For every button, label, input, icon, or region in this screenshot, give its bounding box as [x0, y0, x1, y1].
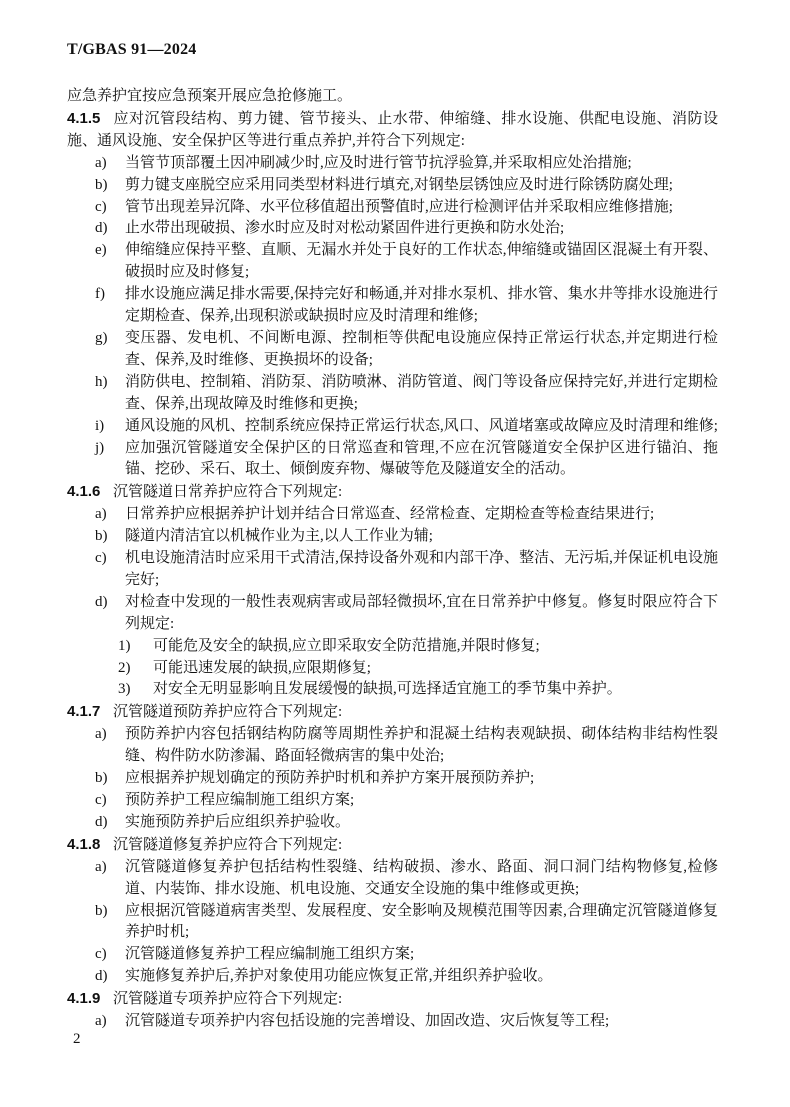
- clause: 4.1.5应对沉管段结构、剪力键、管节接头、止水带、伸缩缝、排水设施、供配电设施…: [67, 108, 718, 153]
- list-item-text: 止水带出现破损、渗水时应及时对松动紧固件进行更换和防水处治;: [125, 220, 564, 236]
- list-item: e)伸缩缝应保持平整、直顺、无漏水并处于良好的工作状态,伸缩缝或锚固区混凝土有开…: [67, 240, 718, 284]
- list-item-label: c): [95, 548, 107, 570]
- doc-code: T/GBAS 91—2024: [67, 41, 197, 59]
- list-item-text: 应根据养护规划确定的预防养护时机和养护方案开展预防养护;: [125, 770, 534, 786]
- list-item-text: 实施预防养护后应组织养护验收。: [125, 814, 350, 830]
- list-item: b)应根据沉管隧道病害类型、发展程度、安全影响及规模范围等因素,合理确定沉管隧道…: [67, 901, 718, 945]
- paragraph: 应急养护宜按应急预案开展应急抢修施工。: [67, 86, 718, 108]
- document-page: T/GBAS 91—2024 应急养护宜按应急预案开展应急抢修施工。4.1.5应…: [0, 0, 790, 1107]
- list-item-label: f): [95, 284, 105, 306]
- list-item-label: g): [95, 328, 108, 350]
- list-item-label: b): [95, 768, 108, 790]
- clause: 4.1.8沉管隧道修复养护应符合下列规定:: [67, 834, 718, 857]
- list-item: b)剪力键支座脱空应采用同类型材料进行填充,对钢垫层锈蚀应及时进行除锈防腐处理;: [67, 175, 718, 197]
- sub-list-item: 3)对安全无明显影响且发展缓慢的缺损,可选择适宜施工的季节集中养护。: [67, 679, 718, 701]
- list-item: a)日常养护应根据养护计划并结合日常巡查、经常检查、定期检查等检查结果进行;: [67, 504, 718, 526]
- list-item: a)预防养护内容包括钢结构防腐等周期性养护和混凝土结构表观缺损、砌体结构非结构性…: [67, 724, 718, 768]
- list-item: d)实施修复养护后,养护对象使用功能应恢复正常,并组织养护验收。: [67, 966, 718, 988]
- clause-number: 4.1.8: [67, 834, 113, 856]
- clause-text: 应对沉管段结构、剪力键、管节接头、止水带、伸缩缝、排水设施、供配电设施、消防设施…: [67, 111, 718, 149]
- list-item: i)通风设施的风机、控制系统应保持正常运行状态,风口、风道堵塞或故障应及时清理和…: [67, 416, 718, 438]
- list-item-text: 可能危及安全的缺损,应立即采取安全防范措施,并限时修复;: [153, 638, 540, 654]
- paragraph-text: 应急养护宜按应急预案开展应急抢修施工。: [67, 88, 352, 104]
- list-item: c)沉管隧道修复养护工程应编制施工组织方案;: [67, 944, 718, 966]
- list-item-text: 机电设施清洁时应采用干式清洁,保持设备外观和内部干净、整洁、无污垢,并保证机电设…: [125, 550, 718, 588]
- list-item-label: c): [95, 197, 107, 219]
- list-item: b)应根据养护规划确定的预防养护时机和养护方案开展预防养护;: [67, 768, 718, 790]
- clause-number: 4.1.9: [67, 988, 113, 1010]
- sub-list-item: 1)可能危及安全的缺损,应立即采取安全防范措施,并限时修复;: [67, 636, 718, 658]
- list-item-label: d): [95, 812, 108, 834]
- list-item: j)应加强沉管隧道安全保护区的日常巡查和管理,不应在沉管隧道安全保护区进行锚泊、…: [67, 438, 718, 482]
- list-item-label: a): [95, 1011, 107, 1033]
- list-item-label: a): [95, 857, 107, 879]
- list-item-label: e): [95, 240, 107, 262]
- list-item-label: h): [95, 372, 108, 394]
- clause-text: 沉管隧道专项养护应符合下列规定:: [113, 991, 342, 1007]
- list-item: h)消防供电、控制箱、消防泵、消防喷淋、消防管道、阀门等设备应保持完好,并进行定…: [67, 372, 718, 416]
- list-item-label: 1): [118, 636, 131, 658]
- list-item: f)排水设施应满足排水需要,保持完好和畅通,并对排水泵机、排水管、集水井等排水设…: [67, 284, 718, 328]
- list-item-label: b): [95, 901, 108, 923]
- list-item-label: d): [95, 218, 108, 240]
- list-item-label: a): [95, 153, 107, 175]
- list-item-label: b): [95, 526, 108, 548]
- clause-text: 沉管隧道日常养护应符合下列规定:: [113, 484, 342, 500]
- list-item: c)管节出现差异沉降、水平位移值超出预警值时,应进行检测评估并采取相应维修措施;: [67, 197, 718, 219]
- list-item-text: 排水设施应满足排水需要,保持完好和畅通,并对排水泵机、排水管、集水井等排水设施进…: [125, 286, 718, 324]
- list-item-text: 可能迅速发展的缺损,应限期修复;: [153, 660, 371, 676]
- clause-number: 4.1.5: [67, 108, 113, 130]
- clause-text: 沉管隧道修复养护应符合下列规定:: [113, 837, 342, 853]
- list-item-text: 消防供电、控制箱、消防泵、消防喷淋、消防管道、阀门等设备应保持完好,并进行定期检…: [125, 374, 718, 412]
- clause-number: 4.1.6: [67, 481, 113, 503]
- list-item-text: 应根据沉管隧道病害类型、发展程度、安全影响及规模范围等因素,合理确定沉管隧道修复…: [125, 903, 718, 941]
- list-item-label: c): [95, 790, 107, 812]
- list-item: d)对检查中发现的一般性表观病害或局部轻微损坏,宜在日常养护中修复。修复时限应符…: [67, 592, 718, 636]
- list-item-label: b): [95, 175, 108, 197]
- list-item: a)沉管隧道修复养护包括结构性裂缝、结构破损、渗水、路面、洞口洞门结构物修复,检…: [67, 857, 718, 901]
- list-item-text: 沉管隧道专项养护内容包括设施的完善增设、加固改造、灾后恢复等工程;: [125, 1013, 609, 1029]
- list-item-label: d): [95, 592, 108, 614]
- list-item-text: 沉管隧道修复养护包括结构性裂缝、结构破损、渗水、路面、洞口洞门结构物修复,检修道…: [125, 859, 718, 897]
- document-body: 应急养护宜按应急预案开展应急抢修施工。4.1.5应对沉管段结构、剪力键、管节接头…: [67, 86, 718, 1033]
- list-item-label: a): [95, 724, 107, 746]
- list-item-label: 3): [118, 679, 131, 701]
- list-item: a)沉管隧道专项养护内容包括设施的完善增设、加固改造、灾后恢复等工程;: [67, 1011, 718, 1033]
- list-item-text: 日常养护应根据养护计划并结合日常巡查、经常检查、定期检查等检查结果进行;: [125, 506, 654, 522]
- list-item-text: 通风设施的风机、控制系统应保持正常运行状态,风口、风道堵塞或故障应及时清理和维修…: [125, 418, 718, 434]
- list-item-text: 伸缩缝应保持平整、直顺、无漏水并处于良好的工作状态,伸缩缝或锚固区混凝土有开裂、…: [125, 242, 718, 280]
- list-item-text: 隧道内清洁宜以机械作业为主,以人工作业为辅;: [125, 528, 433, 544]
- list-item: d)实施预防养护后应组织养护验收。: [67, 812, 718, 834]
- list-item-text: 应加强沉管隧道安全保护区的日常巡查和管理,不应在沉管隧道安全保护区进行锚泊、拖锚…: [125, 440, 718, 478]
- clause: 4.1.6沉管隧道日常养护应符合下列规定:: [67, 481, 718, 504]
- list-item-text: 对安全无明显影响且发展缓慢的缺损,可选择适宜施工的季节集中养护。: [153, 681, 622, 697]
- list-item-text: 管节出现差异沉降、水平位移值超出预警值时,应进行检测评估并采取相应维修措施;: [125, 199, 673, 215]
- list-item: b)隧道内清洁宜以机械作业为主,以人工作业为辅;: [67, 526, 718, 548]
- list-item-text: 当管节顶部覆土因冲刷减少时,应及时进行管节抗浮验算,并采取相应处治措施;: [125, 155, 632, 171]
- list-item-text: 变压器、发电机、不间断电源、控制柜等供配电设施应保持正常运行状态,并定期进行检查…: [125, 330, 718, 368]
- list-item-text: 沉管隧道修复养护工程应编制施工组织方案;: [125, 946, 414, 962]
- list-item-label: a): [95, 504, 107, 526]
- list-item: d)止水带出现破损、渗水时应及时对松动紧固件进行更换和防水处治;: [67, 218, 718, 240]
- list-item-label: j): [95, 438, 104, 460]
- list-item-text: 预防养护工程应编制施工组织方案;: [125, 792, 354, 808]
- list-item: c)机电设施清洁时应采用干式清洁,保持设备外观和内部干净、整洁、无污垢,并保证机…: [67, 548, 718, 592]
- clause: 4.1.9沉管隧道专项养护应符合下列规定:: [67, 988, 718, 1011]
- list-item: g)变压器、发电机、不间断电源、控制柜等供配电设施应保持正常运行状态,并定期进行…: [67, 328, 718, 372]
- list-item-text: 剪力键支座脱空应采用同类型材料进行填充,对钢垫层锈蚀应及时进行除锈防腐处理;: [125, 177, 673, 193]
- list-item-label: c): [95, 944, 107, 966]
- list-item: c)预防养护工程应编制施工组织方案;: [67, 790, 718, 812]
- clause-text: 沉管隧道预防养护应符合下列规定:: [113, 704, 342, 720]
- list-item-label: 2): [118, 658, 131, 680]
- list-item-label: d): [95, 966, 108, 988]
- clause-number: 4.1.7: [67, 701, 113, 723]
- sub-list-item: 2)可能迅速发展的缺损,应限期修复;: [67, 658, 718, 680]
- list-item-text: 实施修复养护后,养护对象使用功能应恢复正常,并组织养护验收。: [125, 968, 553, 984]
- list-item: a)当管节顶部覆土因冲刷减少时,应及时进行管节抗浮验算,并采取相应处治措施;: [67, 153, 718, 175]
- list-item-label: i): [95, 416, 104, 438]
- list-item-text: 对检查中发现的一般性表观病害或局部轻微损坏,宜在日常养护中修复。修复时限应符合下…: [125, 594, 718, 632]
- page-number: 2: [73, 1031, 81, 1048]
- clause: 4.1.7沉管隧道预防养护应符合下列规定:: [67, 701, 718, 724]
- list-item-text: 预防养护内容包括钢结构防腐等周期性养护和混凝土结构表观缺损、砌体结构非结构性裂缝…: [125, 726, 718, 764]
